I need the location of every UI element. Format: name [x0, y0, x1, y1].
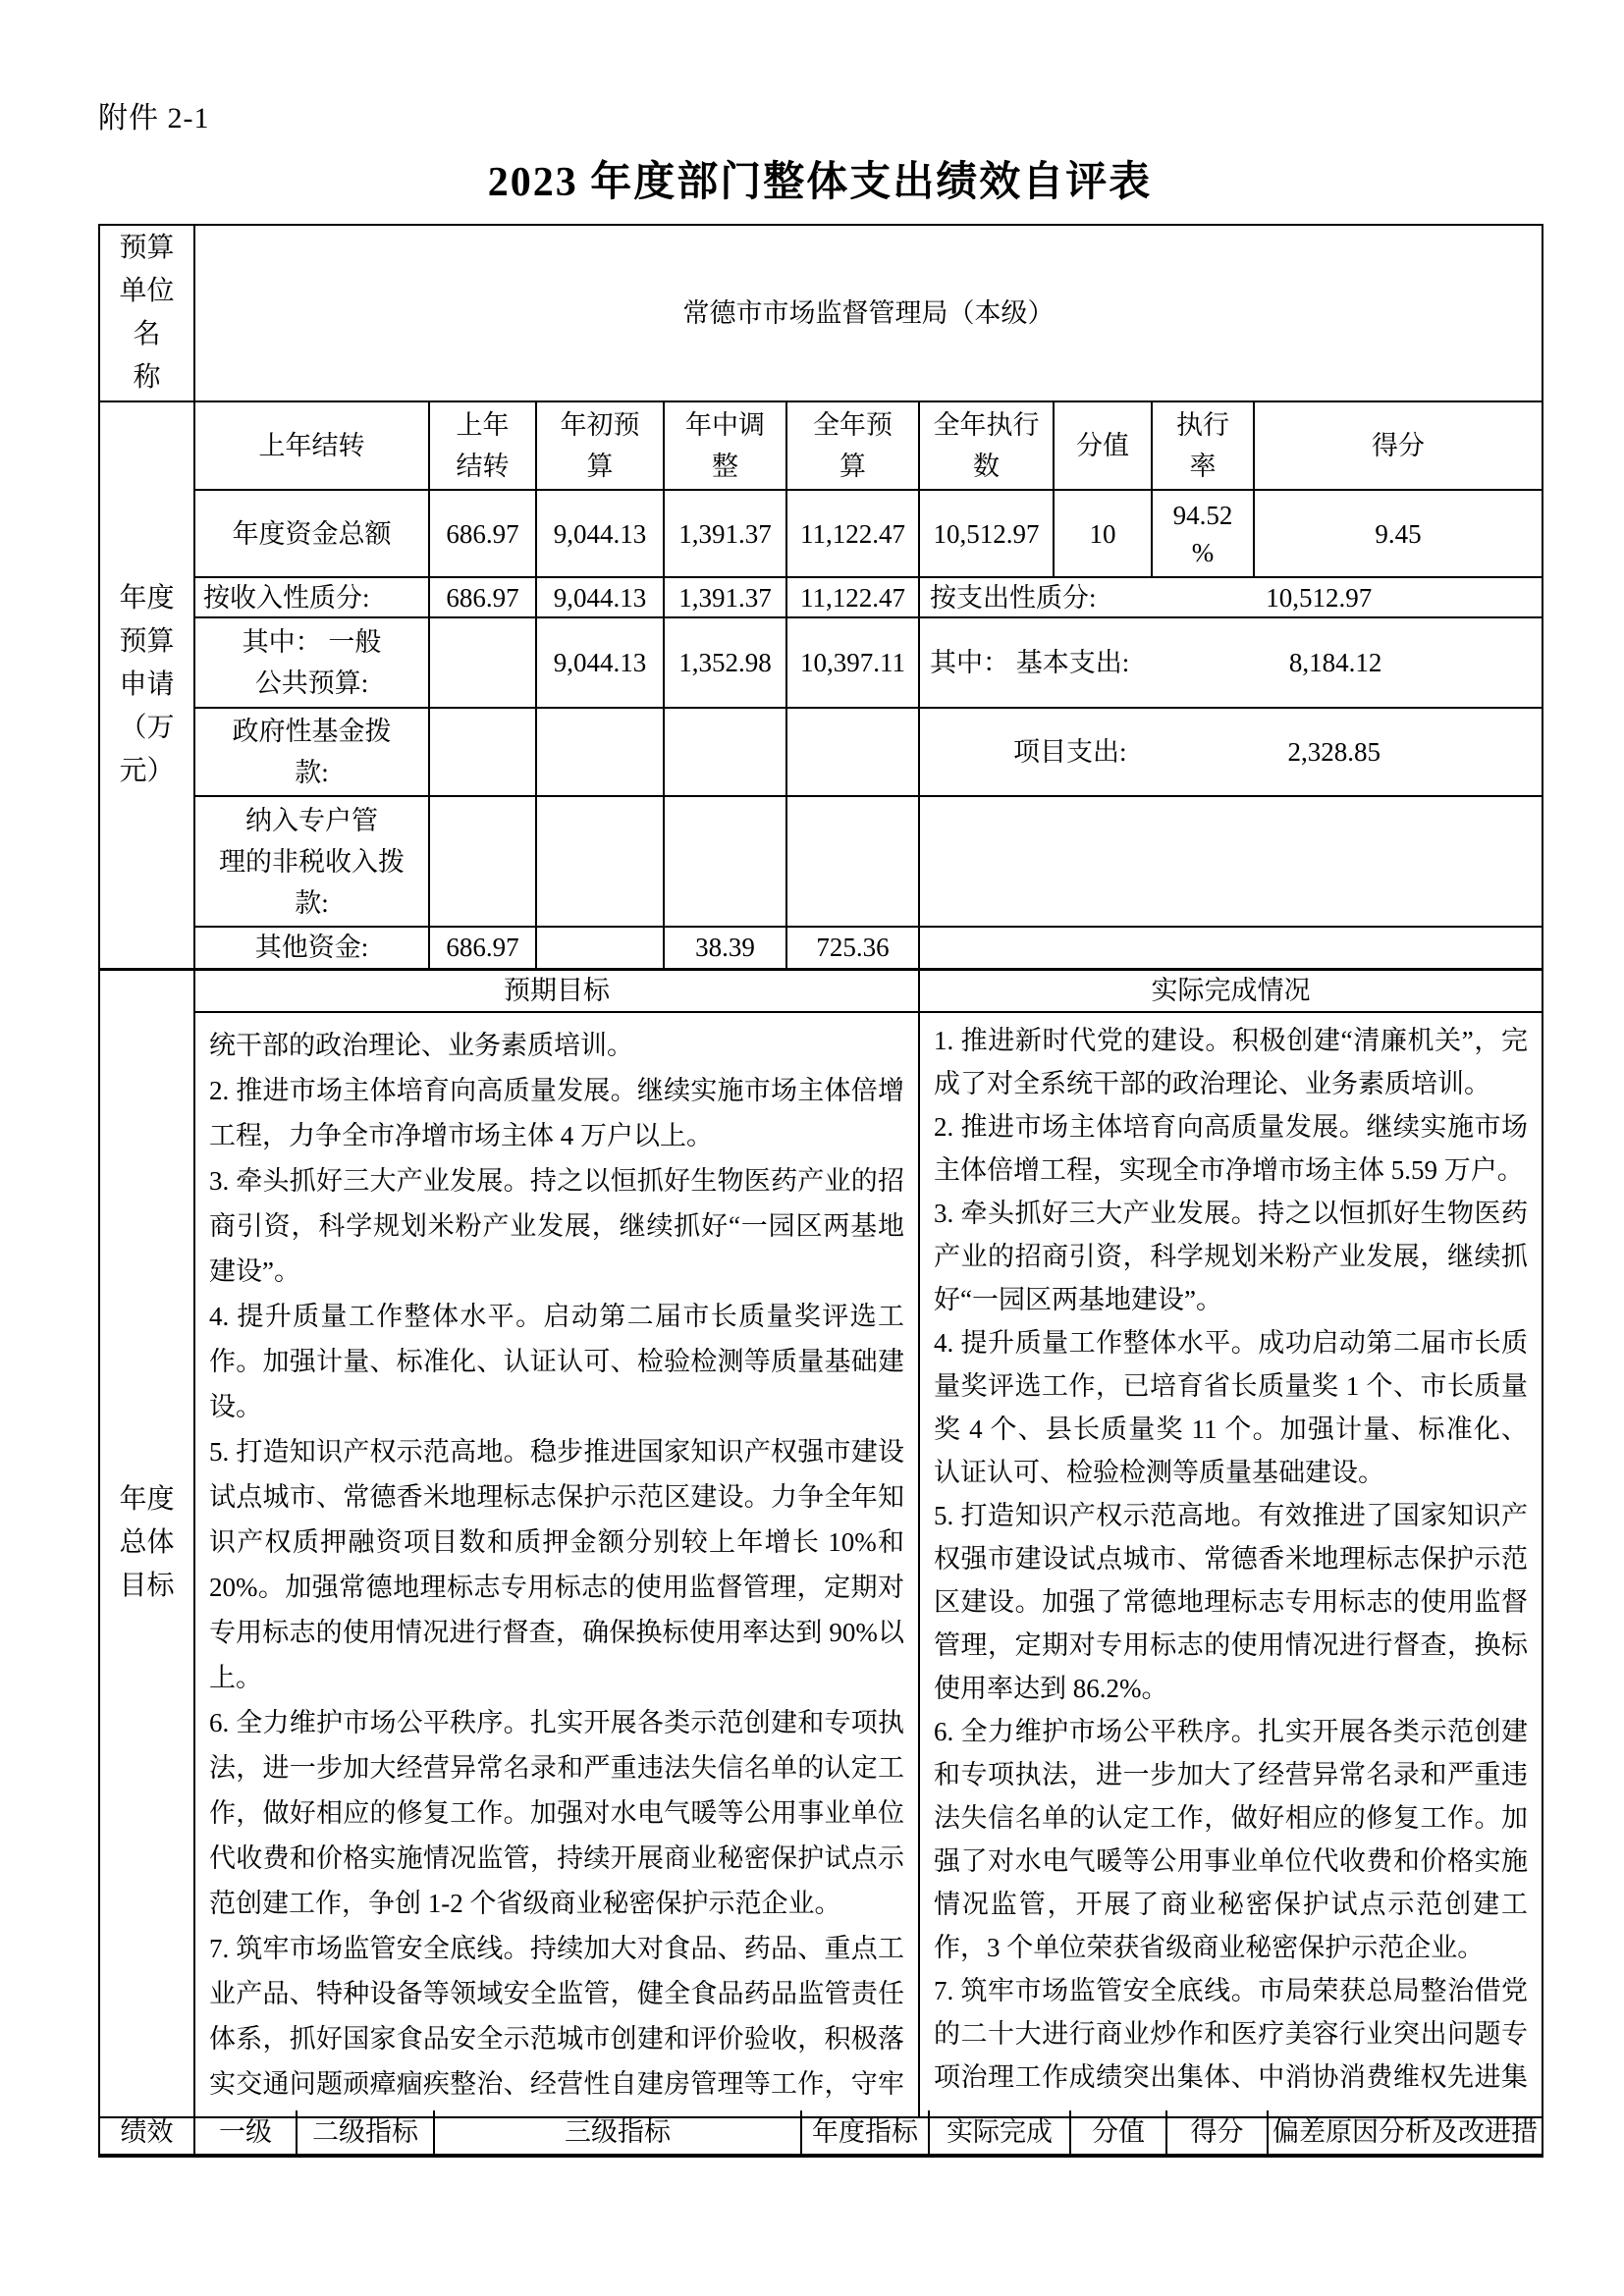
expense-nature-cell: 按支出性质分: 10,512.97 — [919, 577, 1543, 617]
cell-score-value: 10 — [1054, 490, 1152, 577]
annual-budget-sidebar-label: 年度 预算 申请 （万 元） — [99, 401, 194, 969]
header-score-value: 分值 — [1054, 401, 1152, 490]
goals-content-row: 1. 推进新时代党的建设。积极创建“清廉机关”，加强对全系统干部的政治理论、业务… — [99, 1012, 1543, 2117]
cell-initial-budget: 9,044.13 — [536, 490, 664, 577]
expected-goals-cell: 1. 推进新时代党的建设。积极创建“清廉机关”，加强对全系统干部的政治理论、业务… — [194, 1012, 919, 2117]
cell-mid-adjust: 1,391.37 — [664, 490, 786, 577]
expected-goal-item: 2. 推进市场主体培育向高质量发展。继续实施市场主体倍增工程，力争全市净增市场主… — [209, 1068, 904, 1158]
basic-expenditure-cell: 其中： 基本支出: 8,184.12 — [919, 617, 1543, 708]
empty-merged-cell — [919, 927, 1543, 969]
row-label-income-nature: 按收入性质分: — [194, 577, 429, 617]
public-budget-row: 其中： 一般 公共预算: 9,044.13 1,352.98 10,397.11… — [99, 617, 1543, 708]
budget-unit-row-label: 预算 单位 名 称 — [99, 225, 194, 401]
document-page: 附件 2-1 2023 年度部门整体支出绩效自评表 预算 单位 名 称 常德市市… — [0, 0, 1624, 2296]
header-score: 得分 — [1254, 401, 1543, 490]
empty-cell — [786, 708, 919, 796]
perf-header-score: 得分 — [1166, 2110, 1268, 2156]
income-nature-row: 按收入性质分: 686.97 9,044.13 1,391.37 11,122.… — [99, 577, 1543, 617]
perf-header-annual-indicator: 年度指标 — [801, 2110, 929, 2156]
self-evaluation-table: 预算 单位 名 称 常德市市场监督管理局（本级） 年度 预算 申请 （万 元） … — [98, 224, 1543, 2118]
empty-cell — [664, 796, 786, 927]
header-executed: 全年执行 数 — [919, 401, 1054, 490]
cell-prev-carryover: 686.97 — [429, 490, 536, 577]
performance-header-table: 绩效 一级 二级指标 三级指标 年度指标 实际完成 分值 得分 偏差原因分析及改… — [98, 2110, 1543, 2158]
expected-goal-item: 6. 全力维护市场公平秩序。扎实开展各类示范创建和专项执法，进一步加大经营异常名… — [209, 1700, 904, 1926]
expected-goals-text: 1. 推进新时代党的建设。积极创建“清廉机关”，加强对全系统干部的政治理论、业务… — [209, 1023, 904, 2107]
cell-prev-carryover: 686.97 — [429, 577, 536, 617]
empty-cell — [786, 796, 919, 927]
empty-merged-cell — [919, 796, 1543, 927]
perf-header-actual: 实际完成 — [929, 2110, 1070, 2156]
expense-nature-label: 按支出性质分: — [920, 581, 1097, 614]
project-expenditure-label: 项目支出: — [920, 732, 1127, 772]
annual-goals-sidebar-label: 年度 总体 目标 — [99, 969, 194, 2117]
cell-initial-budget — [536, 927, 664, 969]
cell-executed: 10,512.97 — [919, 490, 1054, 577]
cell-score: 9.45 — [1254, 490, 1543, 577]
cell-mid-adjust: 1,352.98 — [664, 617, 786, 708]
empty-cell — [536, 708, 664, 796]
actual-completion-item: 5. 打造知识产权示范高地。有效推进了国家知识产权强市建设试点城市、常德香米地理… — [934, 1494, 1528, 1710]
actual-completion-text: 1. 推进新时代党的建设。积极创建“清廉机关”，完成了对全系统干部的政治理论、业… — [934, 1013, 1528, 2103]
cell-exec-rate: 94.52 % — [1152, 490, 1254, 577]
actual-completion-item: 3. 牵头抓好三大产业发展。持之以恒抓好生物医药产业的招商引资，科学规划米粉产业… — [934, 1192, 1528, 1321]
expected-goal-item: 3. 牵头抓好三大产业发展。持之以恒抓好生物医药产业的招商引资，科学规划米粉产业… — [209, 1158, 904, 1294]
total-funds-row: 年度资金总额 686.97 9,044.13 1,391.37 11,122.4… — [99, 490, 1543, 577]
header-mid-adjust: 年中调 整 — [664, 401, 786, 490]
cell-initial-budget: 9,044.13 — [536, 617, 664, 708]
document-title: 2023 年度部门整体支出绩效自评表 — [98, 149, 1542, 208]
empty-cell — [429, 796, 536, 927]
cell-mid-adjust: 1,391.37 — [664, 577, 786, 617]
cell-annual-budget: 10,397.11 — [786, 617, 919, 708]
row-label-total-funds: 年度资金总额 — [194, 490, 429, 577]
attachment-label: 附件 2-1 — [98, 93, 210, 136]
perf-header-score-value: 分值 — [1070, 2110, 1166, 2156]
actual-completion-item: 4. 提升质量工作整体水平。成功启动第二届市长质量奖评选工作，已培育省长质量奖 … — [934, 1321, 1528, 1494]
header-exec-rate: 执行 率 — [1152, 401, 1254, 490]
perf-header-deviation: 偏差原因分析及改进措 — [1268, 2110, 1543, 2156]
actual-completion-item: 6. 全力维护市场公平秩序。扎实开展各类示范创建和专项执法，进一步加大了经营异常… — [934, 1710, 1528, 1969]
expense-nature-value: 10,512.97 — [1097, 581, 1543, 614]
expected-goal-item: 7. 筑牢市场监管安全底线。持续加大对食品、药品、重点工业产品、特种设备等领域安… — [209, 1926, 904, 2107]
header-col-label: 上年结转 — [194, 401, 429, 490]
budget-header-row: 年度 预算 申请 （万 元） 上年结转 上年 结转 年初预 算 年中调 整 全年… — [99, 401, 1543, 490]
header-initial-budget: 年初预 算 — [536, 401, 664, 490]
row-label-non-tax: 纳入专户管 理的非税收入拨 款: — [194, 796, 429, 927]
expected-goal-item: 1. 推进新时代党的建设。积极创建“清廉机关”，加强对全系统干部的政治理论、业务… — [209, 1023, 904, 1068]
gov-fund-row: 政府性基金拨 款: 项目支出: 2,328.85 — [99, 708, 1543, 796]
goals-header-row: 年度 总体 目标 预期目标 实际完成情况 — [99, 969, 1543, 1012]
empty-cell — [536, 796, 664, 927]
expected-goals-header: 预期目标 — [194, 969, 919, 1012]
cell-annual-budget: 725.36 — [786, 927, 919, 969]
project-expenditure-value: 2,328.85 — [1127, 732, 1543, 772]
other-funds-row: 其他资金: 686.97 38.39 725.36 — [99, 927, 1543, 969]
row-label-gov-fund: 政府性基金拨 款: — [194, 708, 429, 796]
perf-header-level2: 二级指标 — [297, 2110, 434, 2156]
actual-completion-cell: 1. 推进新时代党的建设。积极创建“清廉机关”，完成了对全系统干部的政治理论、业… — [919, 1012, 1543, 2117]
header-annual-budget: 全年预 算 — [786, 401, 919, 490]
basic-expenditure-label: 其中： 基本支出: — [920, 643, 1129, 682]
performance-sidebar-label: 绩效 — [99, 2110, 194, 2156]
budget-unit-name: 常德市市场监督管理局（本级） — [194, 225, 1543, 401]
actual-completion-header: 实际完成情况 — [919, 969, 1543, 1012]
cell-mid-adjust: 38.39 — [664, 927, 786, 969]
cell-initial-budget: 9,044.13 — [536, 577, 664, 617]
basic-expenditure-value: 8,184.12 — [1129, 643, 1542, 682]
actual-completion-item: 1. 推进新时代党的建设。积极创建“清廉机关”，完成了对全系统干部的政治理论、业… — [934, 1019, 1528, 1105]
non-tax-row: 纳入专户管 理的非税收入拨 款: — [99, 796, 1543, 927]
perf-header-level1: 一级 — [194, 2110, 297, 2156]
row-label-public-budget: 其中： 一般 公共预算: — [194, 617, 429, 708]
cell-prev-carryover: 686.97 — [429, 927, 536, 969]
empty-cell — [429, 708, 536, 796]
perf-header-level3: 三级指标 — [434, 2110, 801, 2156]
budget-unit-row: 预算 单位 名 称 常德市市场监督管理局（本级） — [99, 225, 1543, 401]
actual-completion-item: 7. 筑牢市场监管安全底线。市局荣获总局整治借党的二十大进行商业炒作和医疗美容行… — [934, 1969, 1528, 2103]
cell-prev-carryover — [429, 617, 536, 708]
expected-goal-item: 4. 提升质量工作整体水平。启动第二届市长质量奖评选工作。加强计量、标准化、认证… — [209, 1294, 904, 1429]
expected-goal-item: 5. 打造知识产权示范高地。稳步推进国家知识产权强市建设试点城市、常德香米地理标… — [209, 1429, 904, 1700]
project-expenditure-cell: 项目支出: 2,328.85 — [919, 708, 1543, 796]
empty-cell — [664, 708, 786, 796]
row-label-other-funds: 其他资金: — [194, 927, 429, 969]
header-prev-carryover: 上年 结转 — [429, 401, 536, 490]
actual-completion-item: 2. 推进市场主体培育向高质量发展。继续实施市场主体倍增工程，实现全市净增市场主… — [934, 1105, 1528, 1192]
cell-annual-budget: 11,122.47 — [786, 577, 919, 617]
cell-annual-budget: 11,122.47 — [786, 490, 919, 577]
performance-header-row: 绩效 一级 二级指标 三级指标 年度指标 实际完成 分值 得分 偏差原因分析及改… — [99, 2110, 1543, 2156]
